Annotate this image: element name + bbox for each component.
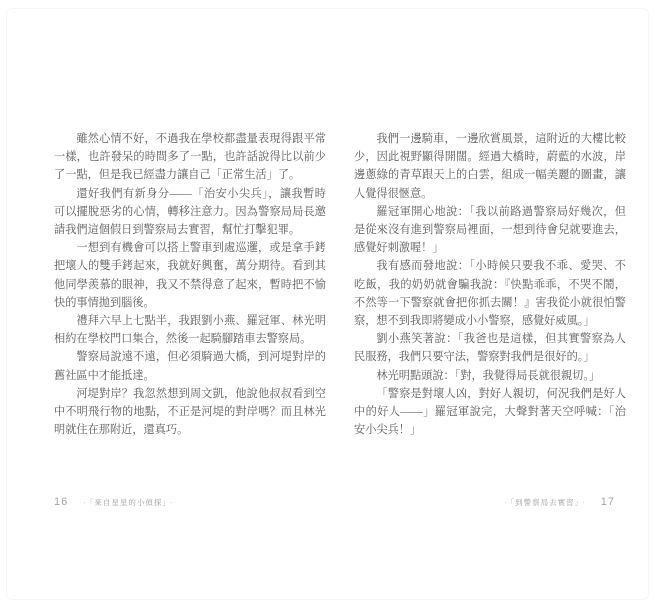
paragraph: 「警察是對壞人凶，對好人親切，何況我們是好人中的好人——」羅冠軍說完，大聲對著天…	[354, 385, 626, 440]
running-title-text: 「來自星星的小偵探」	[90, 498, 168, 507]
footer-decor: ·	[504, 499, 507, 507]
page-number-right: 17	[601, 496, 615, 508]
paragraph: 羅冠軍開心地說：「我以前路過警察局好幾次，但是從來沒有進到警察局裡面，一想到待會…	[354, 203, 626, 258]
paragraph: 河堤對岸？我忽然想到周文凱，他說他叔叔看到空中不明飛行物的地點，不正是河堤的對岸…	[54, 385, 326, 440]
page-number-left: 16	[54, 496, 68, 508]
paragraph: 一想到有機會可以搭上警車到處巡邏，或是拿手銬把壞人的雙手銬起來，我就好興奮，萬分…	[54, 239, 326, 312]
footer-decor: ·	[582, 499, 585, 507]
paragraph: 還好我們有新身分——「治安小尖兵」，讓我暫時可以擺脫惡劣的心情，轉移注意力。因為…	[54, 185, 326, 240]
paragraph: 我有感而發地說：「小時候只要我不乖、愛哭、不吃飯，我的奶奶就會騙我說：『快點乖乖…	[354, 257, 626, 330]
paragraph: 我們一邊騎車，一邊欣賞風景，這附近的大樓比較少，因此視野顯得開闊。經過大橋時，蔚…	[354, 130, 626, 203]
running-title-text: 「到警察局去實習」	[510, 498, 579, 507]
running-title-right: ·「到警察局去實習」·	[501, 497, 589, 508]
running-title-left: ·「來自星星的小偵探」·	[80, 497, 176, 508]
left-page-text: 雖然心情不好，不過我在學校都盡量表現得跟平常一樣，也許發呆的時間多了一點，也許話…	[54, 130, 326, 439]
paragraph: 禮拜六早上七點半，我跟劉小燕、羅冠軍、林光明相約在學校門口集合，然後一起騎腳踏車…	[54, 312, 326, 348]
paragraph: 劉小燕笑著說：「我爸也是這樣，但其實警察為人民服務，我們只要守法，警察對我們是很…	[354, 330, 626, 366]
left-page-footer: 16 ·「來自星星的小偵探」·	[54, 494, 176, 510]
paragraph: 林光明點頭說：「對，我覺得局長就很親切。」	[354, 367, 626, 385]
paragraph: 警察局說遠不遠，但必須騎過大橋，到河堤對岸的舊社區中才能抵達。	[54, 348, 326, 384]
book-spread: 雖然心情不好，不過我在學校都盡量表現得跟平常一樣，也許發呆的時間多了一點，也許話…	[6, 8, 649, 600]
right-page-text: 我們一邊騎車，一邊欣賞風景，這附近的大樓比較少，因此視野顯得開闊。經過大橋時，蔚…	[354, 130, 626, 439]
footer-decor: ·	[83, 499, 86, 507]
right-page-footer: ·「到警察局去實習」· 17	[501, 494, 615, 510]
paragraph: 雖然心情不好，不過我在學校都盡量表現得跟平常一樣，也許發呆的時間多了一點，也許話…	[54, 130, 326, 185]
footer-decor: ·	[170, 499, 173, 507]
